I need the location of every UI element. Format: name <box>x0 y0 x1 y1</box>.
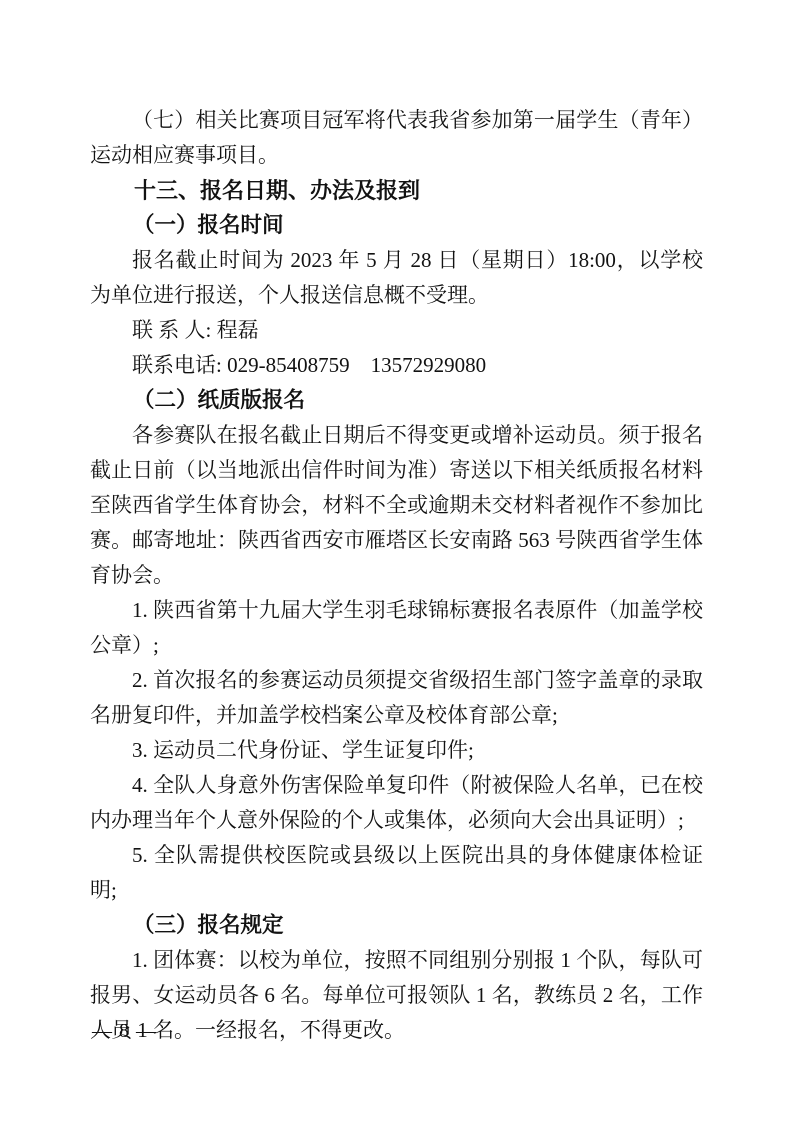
subsection-heading: （二）纸质版报名 <box>90 383 703 418</box>
contact-phone-line: 联系电话: 029-85408759 13572929080 <box>90 348 703 383</box>
contact-person-line: 联 系 人: 程磊 <box>90 313 703 348</box>
list-item: 5. 全队需提供校医院或县级以上医院出具的身体健康体检证明; <box>90 838 703 908</box>
document-page: （七）相关比赛项目冠军将代表我省参加第一届学生（青年）运动相应赛事项目。 十三、… <box>0 0 794 1123</box>
section-heading: 十三、报名日期、办法及报到 <box>90 173 703 208</box>
list-item: 4. 全队人身意外伤害保险单复印件（附被保险人名单，已在校内办理当年个人意外保险… <box>90 768 703 838</box>
list-item: 1. 团体赛：以校为单位，按照不同组别分别报 1 个队，每队可报男、女运动员各 … <box>90 943 703 1048</box>
paragraph: （七）相关比赛项目冠军将代表我省参加第一届学生（青年）运动相应赛事项目。 <box>90 103 703 173</box>
list-item: 3. 运动员二代身份证、学生证复印件; <box>90 733 703 768</box>
list-item: 1. 陕西省第十九届大学生羽毛球锦标赛报名表原件（加盖学校公章）; <box>90 593 703 663</box>
subsection-heading: （三）报名规定 <box>90 908 703 943</box>
page-number: — 8 — <box>92 1016 157 1046</box>
document-content: （七）相关比赛项目冠军将代表我省参加第一届学生（青年）运动相应赛事项目。 十三、… <box>90 103 703 1048</box>
list-item: 2. 首次报名的参赛运动员须提交省级招生部门签字盖章的录取名册复印件，并加盖学校… <box>90 663 703 733</box>
paragraph: 各参赛队在报名截止日期后不得变更或增补运动员。须于报名截止日前（以当地派出信件时… <box>90 418 703 593</box>
subsection-heading: （一）报名时间 <box>90 208 703 243</box>
paragraph: 报名截止时间为 2023 年 5 月 28 日（星期日）18:00，以学校为单位… <box>90 243 703 313</box>
